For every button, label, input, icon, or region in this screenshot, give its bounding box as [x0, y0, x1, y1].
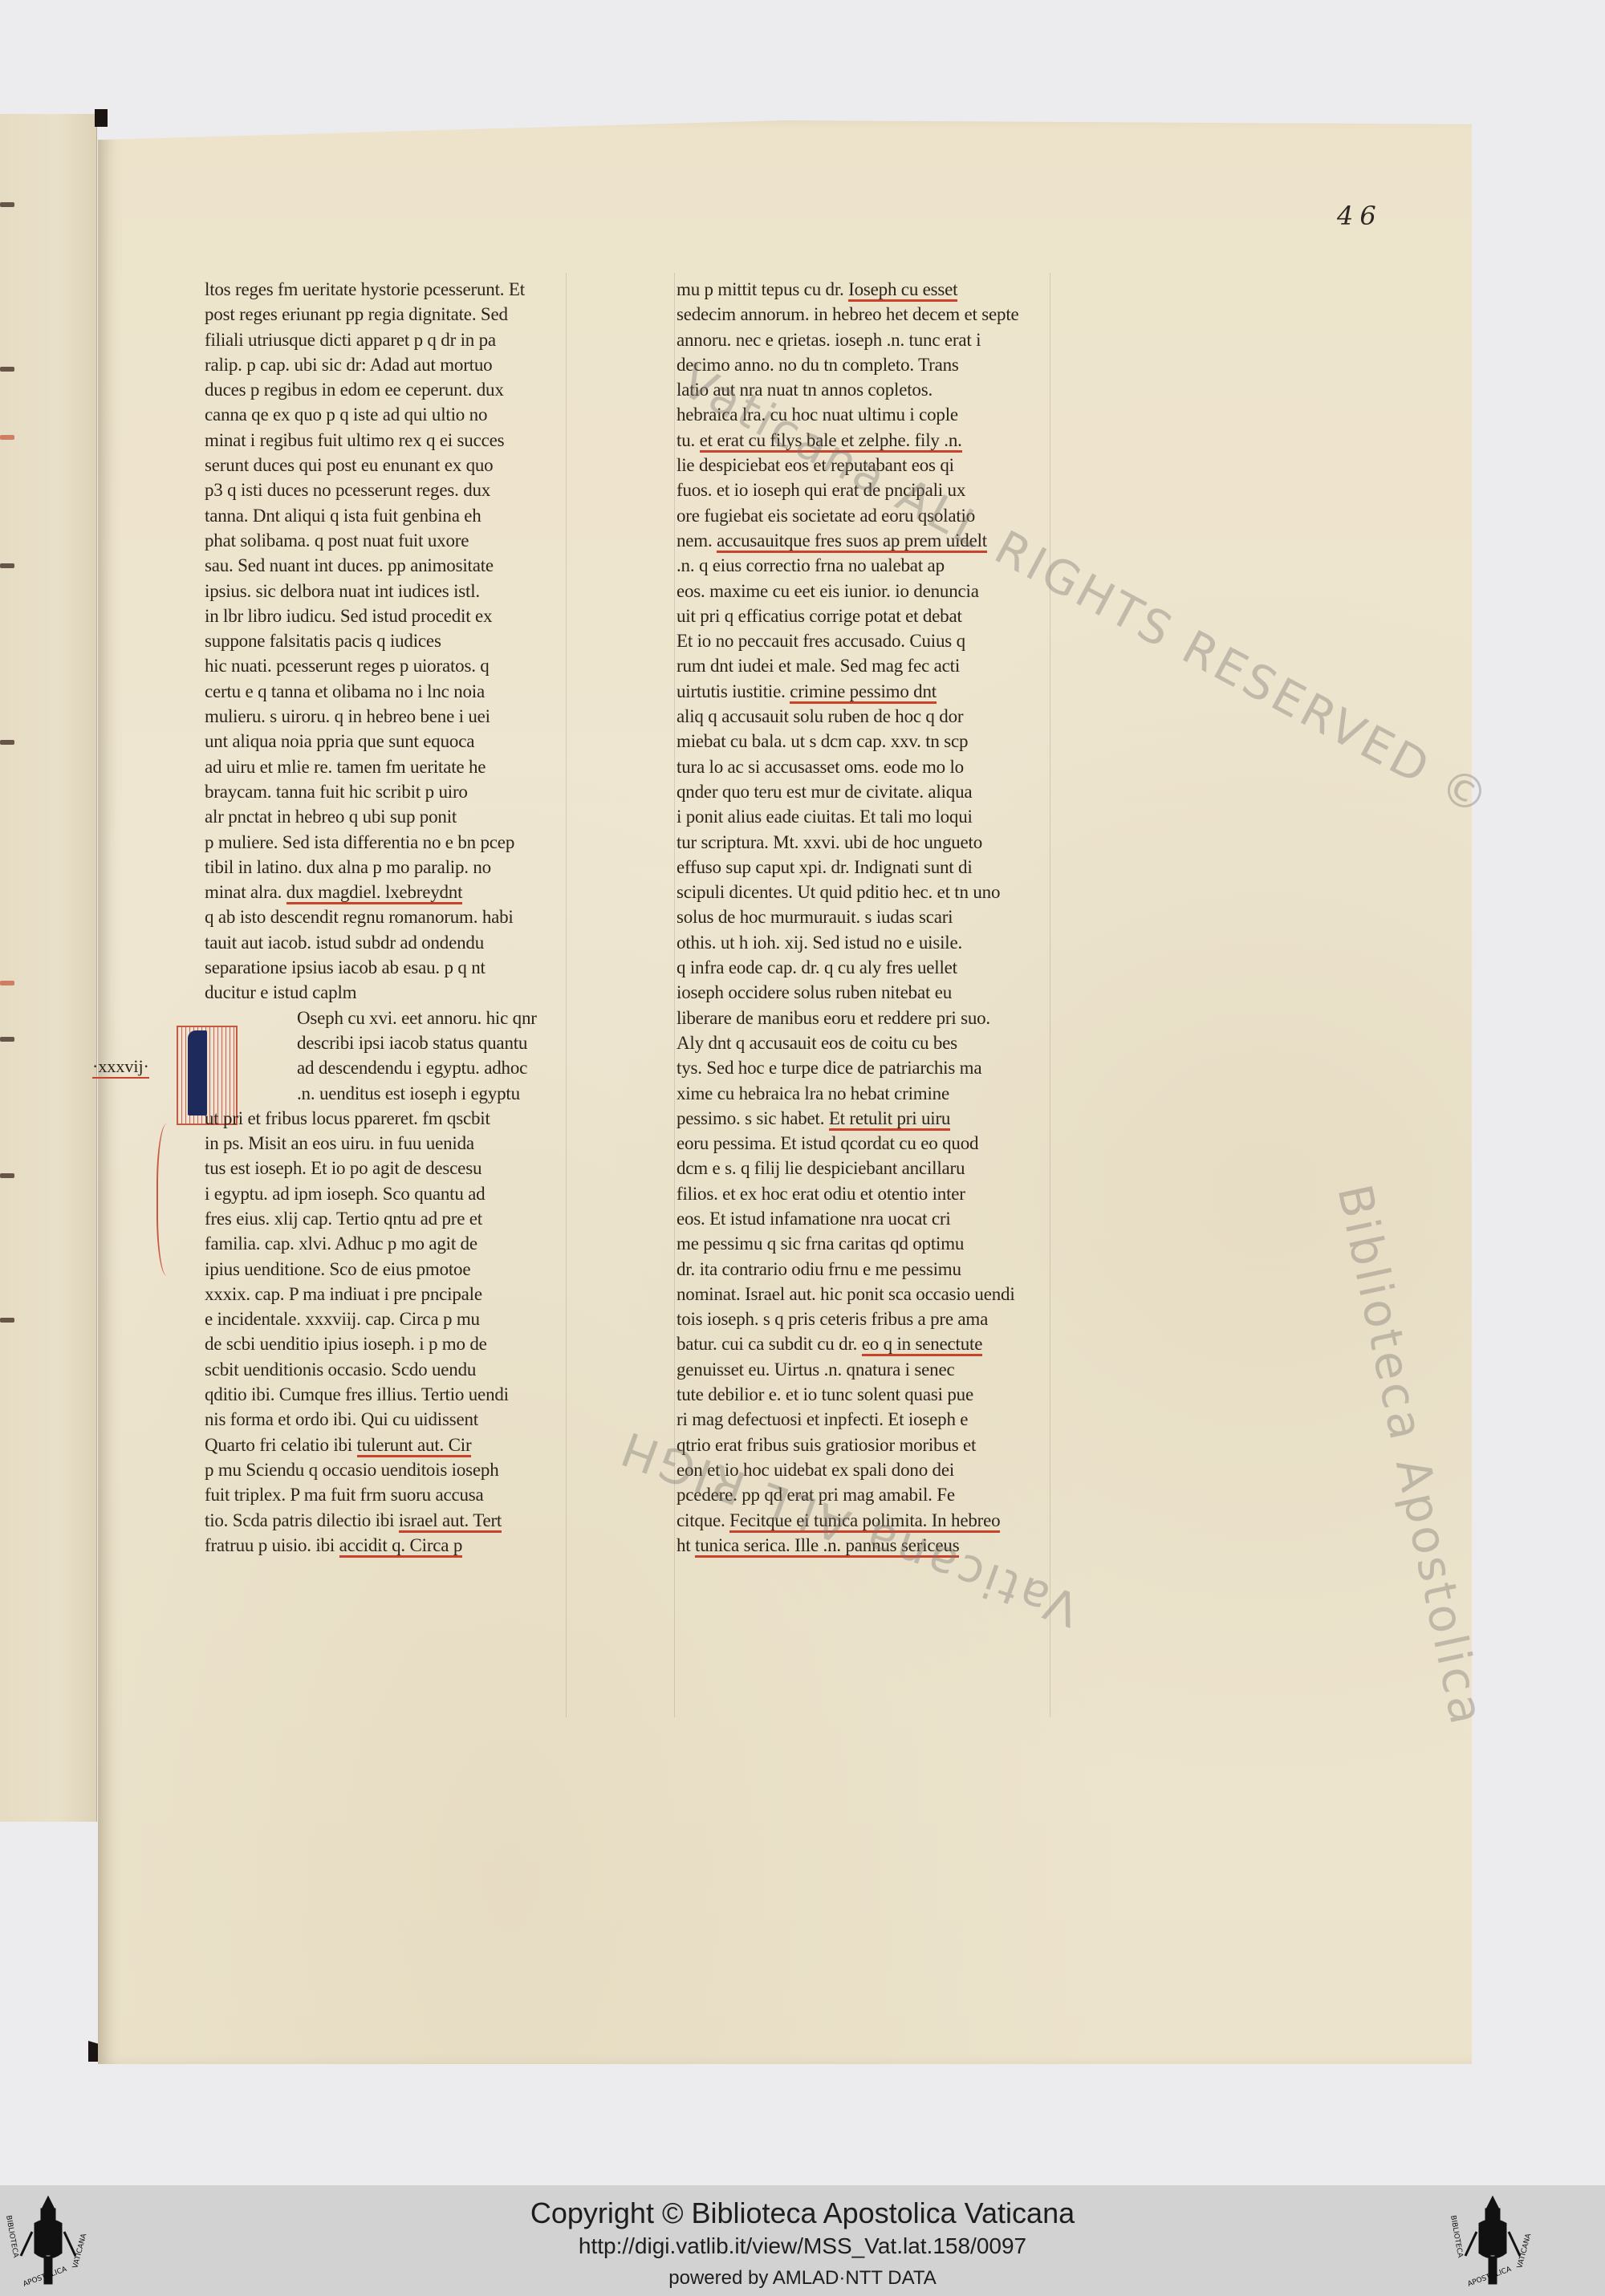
manuscript-line: in lbr libro iudicu. Sed istud procedit … — [205, 603, 582, 628]
rubric-bleed — [0, 981, 14, 985]
manuscript-line: eoru pessima. Et istud qcordat cu eo quo… — [677, 1131, 1054, 1156]
manuscript-line: solus de hoc murmurauit. s iudas scari — [677, 904, 1054, 929]
manuscript-line: filiali utriusque dicti apparet p q dr i… — [205, 327, 582, 352]
manuscript-line: me pessimu q sic frna caritas qd optimu — [677, 1231, 1054, 1256]
manuscript-line: qnder quo teru est mur de civitate. aliq… — [677, 779, 1054, 804]
manuscript-line: post reges eriunant pp regia dignitate. … — [205, 302, 582, 327]
manuscript-line: serunt duces qui post eu enunant ex quo — [205, 453, 582, 477]
manuscript-line: tur scriptura. Mt. xxvi. ubi de hoc ungu… — [677, 830, 1054, 855]
ink-bleed — [0, 1318, 14, 1323]
manuscript-line: ipsius. sic delbora nuat int iudices ist… — [205, 579, 582, 603]
rubric-underline: tulerunt aut. Cir — [357, 1435, 472, 1457]
powered-by: powered by AMLAD·NTT DATA — [0, 2267, 1605, 2290]
ink-bleed — [0, 563, 14, 568]
rubric-underline: Ioseph cu esset — [848, 279, 957, 302]
manuscript-line: ltos reges fm ueritate hystorie pcesseru… — [205, 277, 582, 302]
manuscript-line: i egyptu. ad ipm ioseph. Sco quantu ad — [205, 1181, 582, 1206]
manuscript-line: i ponit alius eade ciuitas. Et tali mo l… — [677, 804, 1054, 829]
svg-text:BIBLIOTECA: BIBLIOTECA — [1449, 2215, 1464, 2259]
binding-spine-top — [95, 109, 108, 127]
manuscript-line: Et io no peccauit fres accusado. Cuius q — [677, 628, 1054, 653]
manuscript-line: suppone falsitatis pacis q iudices — [205, 628, 582, 653]
manuscript-line: qtrio erat fribus suis gratiosior moribu… — [677, 1432, 1054, 1457]
ink-bleed — [0, 367, 14, 372]
ink-bleed — [0, 202, 14, 207]
verso-page-edge — [0, 114, 97, 1822]
manuscript-line: xime cu hebraica lra no hebat crimine — [677, 1081, 1054, 1106]
manuscript-line: ad descendendu i egyptu. adhoc — [205, 1055, 582, 1080]
manuscript-line: mulieru. s uiroru. q in hebreo bene i ue… — [205, 704, 582, 729]
rubric-underline: accidit q. Circa p — [339, 1535, 463, 1558]
manuscript-line: ipius uenditione. Sco de eius pmotoe — [205, 1257, 582, 1282]
manuscript-line: annoru. nec e qrietas. ioseph .n. tunc e… — [677, 327, 1054, 352]
manuscript-line: alr pnctat in hebreo q ubi sup ponit — [205, 804, 582, 829]
ink-bleed — [0, 1037, 14, 1042]
manuscript-line: ri mag defectuosi et inpfecti. Et ioseph… — [677, 1407, 1054, 1432]
manuscript-line: p mu Sciendu q occasio uenditois ioseph — [205, 1457, 582, 1482]
manuscript-line: miebat cu bala. ut s dcm cap. xxv. tn sc… — [677, 729, 1054, 754]
manuscript-line: canna qe ex quo p q iste ad qui ultio no — [205, 402, 582, 427]
manuscript-line: filios. et ex hoc erat odiu et otentio i… — [677, 1181, 1054, 1206]
manuscript-line: tura lo ac si accusasset oms. eode mo lo — [677, 754, 1054, 779]
manuscript-line: effuso sup caput xpi. dr. Indignati sunt… — [677, 855, 1054, 880]
vatican-library-emblem-icon: BIBLIOTECA APOSTOLICA VATICANA — [1444, 2192, 1541, 2291]
manuscript-line: separatione ipsius iacob ab esau. p q nt — [205, 955, 582, 980]
manuscript-line: duces p regibus in edom ee ceperunt. dux — [205, 377, 582, 402]
manuscript-line: uit pri q efficatius corrige potat et de… — [677, 603, 1054, 628]
margin-chapter-number: ·xxxvij· — [92, 1056, 149, 1079]
manuscript-line: phat solibama. q post nuat fuit uxore — [205, 528, 582, 553]
manuscript-line: mu p mittit tepus cu dr. Ioseph cu esset — [677, 277, 1054, 302]
manuscript-line: fres eius. xlij cap. Tertio qntu ad pre … — [205, 1206, 582, 1231]
manuscript-line: .n. uenditus est ioseph i egyptu — [205, 1081, 582, 1106]
manuscript-line: fratruu p uisio. ibi accidit q. Circa p — [205, 1533, 582, 1558]
manuscript-line: p3 q isti duces no pcesserunt reges. dux — [205, 477, 582, 502]
column-ruling — [674, 273, 675, 1717]
manuscript-line: Quarto fri celatio ibi tulerunt aut. Cir — [205, 1432, 582, 1457]
manuscript-line: e incidentale. xxxviij. cap. Circa p mu — [205, 1306, 582, 1331]
manuscript-line: unt aliqua noia ppria que sunt equoca — [205, 729, 582, 754]
copyright-notice: Copyright © Biblioteca Apostolica Vatica… — [0, 2196, 1605, 2230]
manuscript-line: sedecim annorum. in hebreo het decem et … — [677, 302, 1054, 327]
manuscript-line: liberare de manibus eoru et reddere pri … — [677, 1006, 1054, 1030]
manuscript-line: uirtutis iustitie. crimine pessimo dnt — [677, 679, 1054, 704]
manuscript-line: tauit aut iacob. istud subdr ad ondendu — [205, 930, 582, 955]
manuscript-line: nominat. Israel aut. hic ponit sca occas… — [677, 1282, 1054, 1306]
manuscript-line: eos. maxime cu eet eis iunior. io denunc… — [677, 579, 1054, 603]
manuscript-line: de scbi uenditio ipius ioseph. i p mo de — [205, 1331, 582, 1356]
manuscript-line: braycam. tanna fuit hic scribit p uiro — [205, 779, 582, 804]
rubric-underline: Et retulit pri uiru — [829, 1108, 950, 1131]
manuscript-line: othis. ut h ioh. xij. Sed istud no e uis… — [677, 930, 1054, 955]
manuscript-line: q infra eode cap. dr. q cu aly fres uell… — [677, 955, 1054, 980]
manuscript-line: scbit uenditionis occasio. Scdo uendu — [205, 1357, 582, 1382]
manuscript-line: tio. Scda patris dilectio ibi israel aut… — [205, 1508, 582, 1533]
viewer-footer: BIBLIOTECA APOSTOLICA VATICANA Copyright… — [0, 2185, 1605, 2296]
folio-number: 46 — [1337, 201, 1383, 231]
manuscript-line: batur. cui ca subdit cu dr. eo q in sene… — [677, 1331, 1054, 1356]
rubric-underline: crimine pessimo dnt — [790, 681, 937, 704]
manuscript-line: qditio ibi. Cumque fres illius. Tertio u… — [205, 1382, 582, 1407]
manuscript-line: tute debilior e. et io tunc solent quasi… — [677, 1382, 1054, 1407]
manuscript-line: tanna. Dnt aliqui q ista fuit genbina eh — [205, 503, 582, 528]
manuscript-line: xxxix. cap. P ma indiuat i pre pncipale — [205, 1282, 582, 1306]
manuscript-line: ralip. p cap. ubi sic dr: Adad aut mortu… — [205, 352, 582, 377]
ink-bleed — [0, 1173, 14, 1178]
manuscript-line: eos. Et istud infamatione nra uocat cri — [677, 1206, 1054, 1231]
manuscript-line: pessimo. s sic habet. Et retulit pri uir… — [677, 1106, 1054, 1131]
manuscript-line: ducitur e istud caplm — [205, 980, 582, 1005]
manuscript-line: certu e q tanna et olibama no i lnc noia — [205, 679, 582, 704]
manuscript-line: minat alra. dux magdiel. lxebreydnt — [205, 880, 582, 904]
manuscript-line: scipuli dicentes. Ut quid pditio hec. et… — [677, 880, 1054, 904]
manuscript-line: ad uiru et mlie re. tamen fm ueritate he — [205, 754, 582, 779]
rubric-bleed — [0, 435, 14, 440]
manuscript-line: tys. Sed hoc e turpe dice de patriarchis… — [677, 1055, 1054, 1080]
manuscript-line: dcm e s. q filij lie despiciebant ancill… — [677, 1156, 1054, 1181]
text-column-a: ltos reges fm ueritate hystorie pcesseru… — [205, 277, 582, 1558]
pen-flourish — [156, 1124, 182, 1276]
manuscript-line: fuit triplex. P ma fuit frm suoru accusa — [205, 1482, 582, 1507]
permalink-url[interactable]: http://digi.vatlib.it/view/MSS_Vat.lat.1… — [0, 2233, 1605, 2259]
manuscript-line: Oseph cu xvi. eet annoru. hic qnr — [205, 1006, 582, 1030]
manuscript-line: aliq q accusauit solu ruben de hoc q dor — [677, 704, 1054, 729]
manuscript-line: hic nuati. pcesserunt reges p uioratos. … — [205, 653, 582, 678]
ink-bleed — [0, 740, 14, 745]
rubric-underline: israel aut. Tert — [399, 1510, 502, 1533]
manuscript-line: tus est ioseph. Et io po agit de descesu — [205, 1156, 582, 1181]
rubric-underline: eo q in senectute — [862, 1334, 983, 1356]
manuscript-line: q ab isto descendit regnu romanorum. hab… — [205, 904, 582, 929]
manuscript-line: sau. Sed nuant int duces. pp animositate — [205, 553, 582, 578]
manuscript-line: Aly dnt q accusauit eos de coitu cu bes — [677, 1030, 1054, 1055]
manuscript-line: rum dnt iudei et male. Sed mag fec acti — [677, 653, 1054, 678]
manuscript-line: describi ipsi iacob status quantu — [205, 1030, 582, 1055]
manuscript-line: minat i regibus fuit ultimo rex q ei suc… — [205, 428, 582, 453]
manuscript-line: ut pri et fribus locus ppareret. fm qscb… — [205, 1106, 582, 1131]
manuscript-line: tibil in latino. dux alna p mo paralip. … — [205, 855, 582, 880]
manuscript-line: nis forma et ordo ibi. Qui cu uidissent — [205, 1407, 582, 1432]
manuscript-line: familia. cap. xlvi. Adhuc p mo agit de — [205, 1231, 582, 1256]
rubric-underline: dux magdiel. lxebreydnt — [286, 882, 463, 904]
manuscript-line: in ps. Misit an eos uiru. in fuu uenida — [205, 1131, 582, 1156]
manuscript-line: tois ioseph. s q pris ceteris fribus a p… — [677, 1306, 1054, 1331]
manuscript-line: ioseph occidere solus ruben nitebat eu — [677, 980, 1054, 1005]
manuscript-line: dr. ita contrario odiu frnu e me pessimu — [677, 1257, 1054, 1282]
manuscript-line: genuisset eu. Uirtus .n. qnatura i senec — [677, 1357, 1054, 1382]
manuscript-line: p muliere. Sed ista differentia no e bn … — [205, 830, 582, 855]
